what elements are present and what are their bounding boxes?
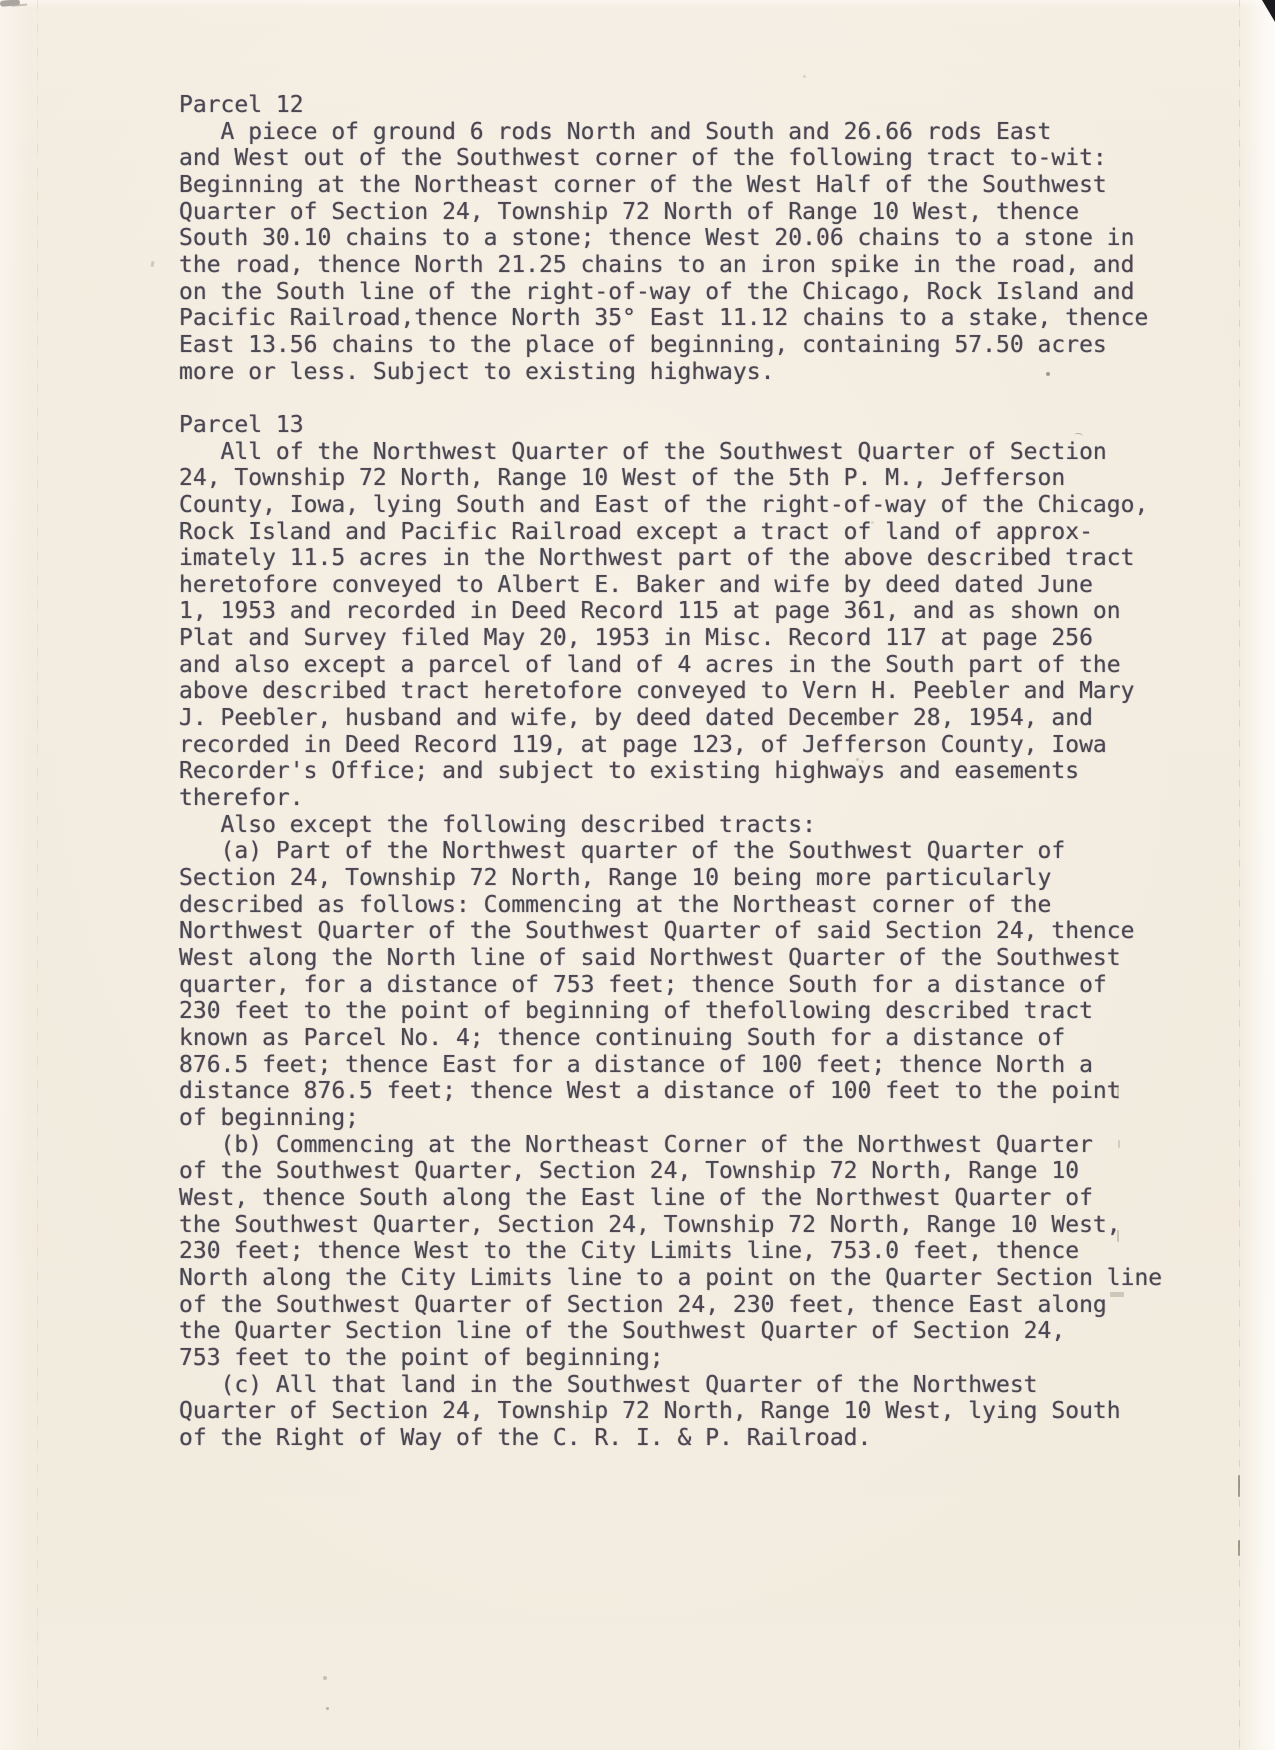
text-line: East 13.56 chains to the place of beginn… [179,332,1162,359]
parcel-section: Parcel 13 All of the Northwest Quarter o… [179,412,1162,1452]
text-line: Recorder's Office; and subject to existi… [179,758,1162,785]
text-line: West, thence South along the East line o… [179,1185,1162,1212]
text-line: (c) All that land in the Southwest Quart… [179,1372,1162,1399]
text-line: of the Right of Way of the C. R. I. & P.… [179,1425,1162,1452]
text-line: of the Southwest Quarter, Section 24, To… [179,1158,1162,1185]
text-line: of the Southwest Quarter of Section 24, … [179,1292,1162,1319]
text-line: and also except a parcel of land of 4 ac… [179,652,1162,679]
text-line: Also except the following described trac… [179,812,1162,839]
scan-speck [326,1707,329,1710]
crease-dash [1238,1540,1240,1556]
text-line: (b) Commencing at the Northeast Corner o… [179,1132,1162,1159]
scan-edge-left [0,0,30,1750]
text-line: the road, thence North 21.25 chains to a… [179,252,1162,279]
text-line: County, Iowa, lying South and East of th… [179,492,1162,519]
text-line: the Quarter Section line of the Southwes… [179,1318,1162,1345]
text-line: 1, 1953 and recorded in Deed Record 115 … [179,598,1162,625]
text-line: 230 feet; thence West to the City Limits… [179,1238,1162,1265]
text-line: heretofore conveyed to Albert E. Baker a… [179,572,1162,599]
text-line: the Southwest Quarter, Section 24, Towns… [179,1212,1162,1239]
scan-speck [150,261,154,267]
text-line: quarter, for a distance of 753 feet; the… [179,972,1162,999]
text-line: imately 11.5 acres in the Northwest part… [179,545,1162,572]
text-line: 230 feet to the point of beginning of th… [179,998,1162,1025]
text-line: of beginning; [179,1105,1162,1132]
text-line: recorded in Deed Record 119, at page 123… [179,732,1162,759]
corner-fold-dark [1262,0,1275,22]
text-line: All of the Northwest Quarter of the Sout… [179,439,1162,466]
text-line: Quarter of Section 24, Township 72 North… [179,1398,1162,1425]
text-line: therefor. [179,785,1162,812]
text-line: (a) Part of the Northwest quarter of the… [179,838,1162,865]
text-line: above described tract heretofore conveye… [179,678,1162,705]
text-line: Pacific Railroad,thence North 35° East 1… [179,305,1162,332]
text-line: South 30.10 chains to a stone; thence We… [179,225,1162,252]
text-line: J. Peebler, husband and wife, by deed da… [179,705,1162,732]
parcel-section: Parcel 12 A piece of ground 6 rods North… [179,92,1162,385]
text-line: Section 24, Township 72 North, Range 10 … [179,865,1162,892]
text-line: described as follows: Commencing at the … [179,892,1162,919]
crease-line-left [37,0,38,1750]
parcel-heading: Parcel 12 [179,92,1162,119]
text-line: Plat and Survey filed May 20, 1953 in Mi… [179,625,1162,652]
crease-dash [1238,1475,1240,1497]
scan-edge-right [1239,0,1275,1750]
text-line: 876.5 feet; thence East for a distance o… [179,1052,1162,1079]
typewritten-text: Parcel 12 A piece of ground 6 rods North… [179,92,1162,1451]
text-line: West along the North line of said Northw… [179,945,1162,972]
text-line: on the South line of the right-of-way of… [179,279,1162,306]
text-line: Northwest Quarter of the Southwest Quart… [179,918,1162,945]
text-line: Quarter of Section 24, Township 72 North… [179,199,1162,226]
text-line: more or less. Subject to existing highwa… [179,359,1162,386]
text-line: distance 876.5 feet; thence West a dista… [179,1078,1162,1105]
text-line: North along the City Limits line to a po… [179,1265,1162,1292]
text-line: and West out of the Southwest corner of … [179,145,1162,172]
scan-speck [803,75,806,78]
text-line: 753 feet to the point of beginning; [179,1345,1162,1372]
scan-speck [323,1676,327,1680]
scan-edge-top [0,0,1275,8]
scanned-page: Parcel 12 A piece of ground 6 rods North… [0,0,1275,1750]
text-line: 24, Township 72 North, Range 10 West of … [179,465,1162,492]
text-line: Beginning at the Northeast corner of the… [179,172,1162,199]
text-line: A piece of ground 6 rods North and South… [179,119,1162,146]
text-line: Rock Island and Pacific Railroad except … [179,519,1162,546]
parcel-heading: Parcel 13 [179,412,1162,439]
text-line: known as Parcel No. 4; thence continuing… [179,1025,1162,1052]
